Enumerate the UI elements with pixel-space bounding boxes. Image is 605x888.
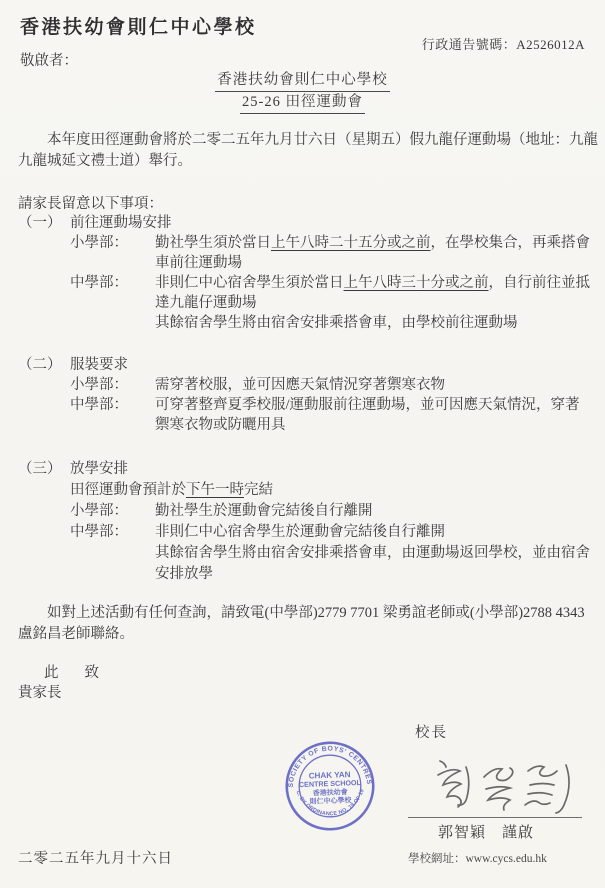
division-label: 中學部： xyxy=(70,273,155,293)
section-heading: 放學安排 xyxy=(70,459,590,480)
section-travel-arrangement: （一）前往運動場安排 小學部：勤社學生須於當日上午八時二十五分或之前，在學校集合… xyxy=(18,213,590,333)
row-text: 其餘宿舍學生將由宿舍安排乘搭會車，由學校前往運動場 xyxy=(155,313,590,333)
row-text: 安排放學 xyxy=(155,564,590,585)
principal-signature-handwriting xyxy=(426,753,584,819)
division-label: 中學部： xyxy=(70,395,155,415)
row-boarders: 其餘宿舍學生將由宿舍安排乘搭會車，由運動場返回學校，並由宿舍 xyxy=(18,543,590,564)
school-website: 學校網址：www.cycs.edu.hk xyxy=(408,850,547,866)
intro-line-1: 本年度田徑運動會將於二零二五年九月廿六日（星期五）假九龍仔運動場（地址：九龍 xyxy=(18,130,598,151)
letter-date: 二零二五年九月十六日 xyxy=(18,847,173,868)
section-heading-row: （二）服裝要求 xyxy=(18,355,580,375)
row-text: 車前往運動場 xyxy=(155,253,590,273)
division-label: 中學部： xyxy=(70,522,155,543)
row-primary: 小學部：需穿著校服，並可因應天氣情況穿著禦寒衣物 xyxy=(18,375,580,395)
section-heading-row: （三）放學安排 xyxy=(18,459,590,480)
notice-lead: 請家長留意以下事項： xyxy=(18,192,163,213)
row-text: 達九龍仔運動場 xyxy=(155,293,590,313)
contact-line-2: 盧銘昌老師聯絡。 xyxy=(18,624,585,645)
row-text: 勤社學生須於當日上午八時二十五分或之前，在學校集合，再乘搭會 xyxy=(155,233,590,253)
notice-title-school: 香港扶幼會則仁中心學校 xyxy=(0,68,605,92)
division-label: 小學部： xyxy=(70,501,155,522)
header-school-name: 香港扶幼會則仁中心學校 xyxy=(20,12,257,39)
row-boarders: 其餘宿舍學生將由宿舍安排乘搭會車，由學校前往運動場 xyxy=(18,313,590,333)
section-number: （二） xyxy=(18,355,70,375)
row-secondary: 中學部：非則仁中心宿舍學生於運動會完結後自行離開 xyxy=(18,522,590,543)
row-text: 非則仁中心宿舍學生於運動會完結後自行離開 xyxy=(155,522,590,543)
row-text: 非則仁中心宿舍學生須於當日上午八時三十分或之前，自行前往並抵 xyxy=(155,273,590,293)
row-note: 田徑運動會預計於下午一時完結 xyxy=(18,480,590,501)
division-label: 小學部： xyxy=(70,375,155,395)
section-dismissal: （三）放學安排 田徑運動會預計於下午一時完結 小學部：勤社學生於運動會完結後自行… xyxy=(18,459,590,585)
school-seal-stamp-icon: SOCIETY OF BOYS' CENTRES INC. BY ORDINAN… xyxy=(282,738,377,833)
row-secondary: 中學部：非則仁中心宿舍學生須於當日上午八時三十分或之前，自行前往並抵 xyxy=(18,273,590,293)
section-heading-row: （一）前往運動場安排 xyxy=(18,213,590,233)
website-label: 學校網址： xyxy=(408,853,466,865)
closing-phrase: 此致 xyxy=(18,661,99,682)
letter-page: 香港扶幼會則仁中心學校 行政通告號碼：A2526012A 敬啟者： 香港扶幼會則… xyxy=(0,0,605,888)
recipient: 貴家長 xyxy=(18,681,62,702)
section-heading: 前往運動場安排 xyxy=(70,213,590,233)
signed-name: 郭智穎 謹啟 xyxy=(438,821,534,842)
row-boarders-cont: 安排放學 xyxy=(18,564,590,585)
contact-paragraph: 如對上述活動有任何查詢，請致電(中學部)2779 7701 梁勇誼老師或(小學部… xyxy=(18,603,585,645)
row-text: 田徑運動會預計於下午一時完結 xyxy=(70,480,590,501)
signature-divider xyxy=(408,817,582,818)
row-text: 勤社學生於運動會完結後自行離開 xyxy=(155,501,590,522)
row-secondary: 中學部：可穿著整齊夏季校服/運動服前往運動場，並可因應天氣情況，穿著 xyxy=(18,395,580,415)
row-primary: 小學部：勤社學生於運動會完結後自行離開 xyxy=(18,501,590,522)
salutation: 敬啟者： xyxy=(20,49,78,70)
section-heading: 服裝要求 xyxy=(70,355,580,375)
seal-line4: 則仁中心學校 xyxy=(309,795,352,805)
row-text: 可穿著整齊夏季校服/運動服前往運動場，並可因應天氣情況，穿著 xyxy=(155,395,580,415)
row-primary: 小學部：勤社學生須於當日上午八時二十五分或之前，在學校集合，再乘搭會 xyxy=(18,233,590,253)
website-url: www.cycs.edu.hk xyxy=(466,853,547,865)
admin-notice-number: 行政通告號碼：A2526012A xyxy=(422,34,585,53)
contact-line-1: 如對上述活動有任何查詢，請致電(中學部)2779 7701 梁勇誼老師或(小學部… xyxy=(18,603,585,624)
row-text: 禦寒衣物或防曬用具 xyxy=(155,415,580,435)
underline-text: 上午八時二十五分或之前 xyxy=(271,235,431,251)
principal-label: 校長 xyxy=(415,721,448,742)
division-label: 小學部： xyxy=(70,233,155,253)
underline-text: 下午一時 xyxy=(186,482,244,498)
section-number: （一） xyxy=(18,213,70,233)
underline-text: 上午八時三十分或之前 xyxy=(344,275,489,291)
row-text: 其餘宿舍學生將由宿舍安排乘搭會車，由運動場返回學校，並由宿舍 xyxy=(155,543,590,564)
section-dress-code: （二）服裝要求 小學部：需穿著校服，並可因應天氣情況穿著禦寒衣物 中學部：可穿著… xyxy=(18,355,580,435)
row-primary-cont: 車前往運動場 xyxy=(18,253,590,273)
row-secondary-cont: 達九龍仔運動場 xyxy=(18,293,590,313)
row-secondary-cont: 禦寒衣物或防曬用具 xyxy=(18,415,580,435)
intro-paragraph: 本年度田徑運動會將於二零二五年九月廿六日（星期五）假九龍仔運動場（地址：九龍 九… xyxy=(18,130,598,172)
intro-line-2: 九龍城延文禮士道）舉行。 xyxy=(18,151,598,172)
seal-line2: CENTRE SCHOOL xyxy=(299,779,362,789)
notice-title-event: 25-26 田徑運動會 xyxy=(0,90,605,114)
row-text: 需穿著校服，並可因應天氣情況穿著禦寒衣物 xyxy=(155,375,580,395)
section-number: （三） xyxy=(18,459,70,480)
